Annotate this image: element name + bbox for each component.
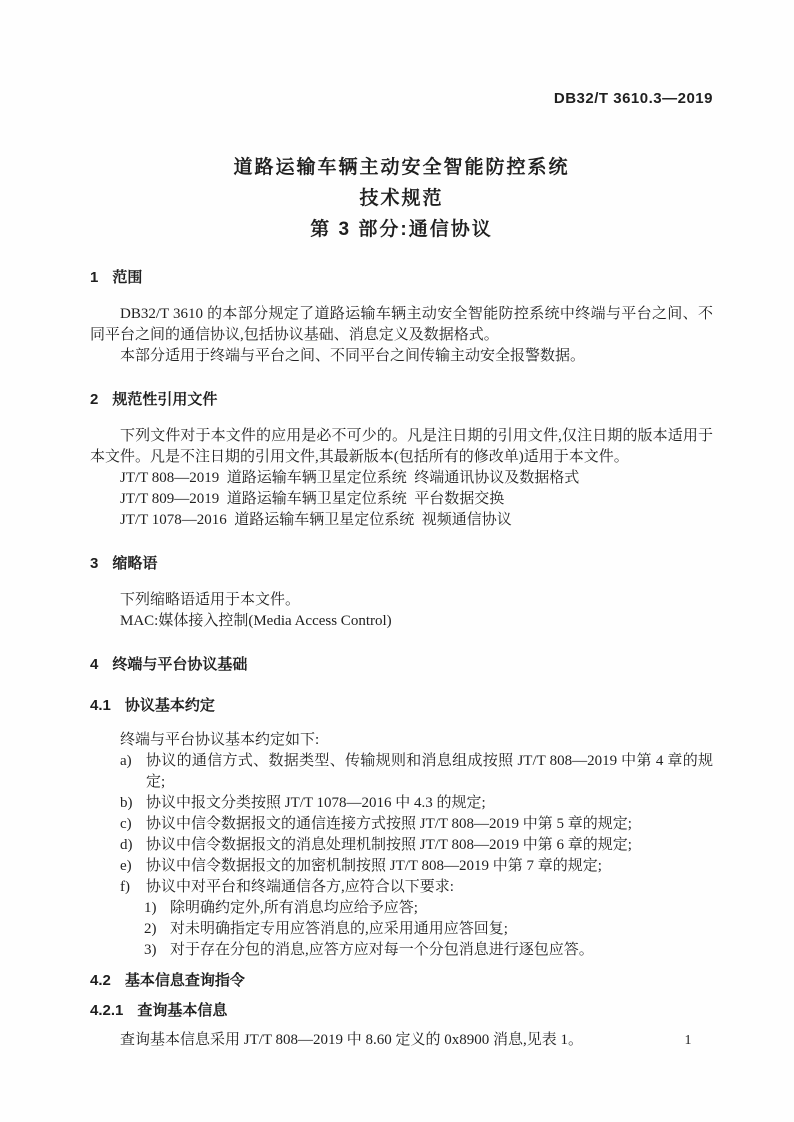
section-4-2-1-title: 查询基本信息 [137,1002,227,1019]
reference-jtt-1078: JT/T 1078—2016 道路运输车辆卫星定位系统 视频通信协议 [90,510,713,531]
list-item-c-text: 协议中信令数据报文的通信连接方式按照 JT/T 808—2019 中第 5 章的… [146,814,713,835]
reference-jtt-809: JT/T 809—2019 道路运输车辆卫星定位系统 平台数据交换 [90,489,713,510]
section-4-2-1-paragraph-1: 查询基本信息采用 JT/T 808—2019 中 8.60 定义的 0x8900… [90,1030,713,1051]
section-4-2-number: 4.2 [90,972,111,989]
list-item-b: b) 协议中报文分类按照 JT/T 1078—2016 中 4.3 的规定; [90,793,713,814]
section-3-title: 缩略语 [112,555,157,572]
sublist-item-1-text: 除明确约定外,所有消息均应给予应答; [170,898,713,919]
abbreviation-mac: MAC:媒体接入控制(Media Access Control) [90,611,713,632]
section-1-title: 范围 [112,269,142,286]
section-4-2-heading: 4.2基本信息查询指令 [90,970,713,991]
section-4-heading: 4终端与平台协议基础 [90,654,713,675]
doc-title-line2: 技术规范 [90,183,713,214]
list-item-e-text: 协议中信令数据报文的加密机制按照 JT/T 808—2019 中第 7 章的规定… [146,856,713,877]
doc-title-line1: 道路运输车辆主动安全智能防控系统 [90,152,713,183]
sublist-item-2-label: 2) [144,919,170,940]
sublist-item-2: 2) 对未明确指定专用应答消息的,应采用通用应答回复; [90,919,713,940]
sublist-item-1: 1) 除明确约定外,所有消息均应给予应答; [90,898,713,919]
section-4-2-1-number: 4.2.1 [90,1002,123,1019]
section-3-heading: 3缩略语 [90,553,713,574]
doc-title-line3: 第 3 部分:通信协议 [90,214,713,245]
section-1-paragraph-2: 本部分适用于终端与平台之间、不同平台之间传输主动安全报警数据。 [90,346,713,367]
list-item-d: d) 协议中信令数据报文的消息处理机制按照 JT/T 808—2019 中第 6… [90,835,713,856]
sublist-item-3: 3) 对于存在分包的消息,应答方应对每一个分包消息进行逐包应答。 [90,940,713,961]
section-4-number: 4 [90,656,98,673]
doc-number: DB32/T 3610.3—2019 [90,90,713,108]
section-4-1-number: 4.1 [90,697,111,714]
list-item-a-text: 协议的通信方式、数据类型、传输规则和消息组成按照 JT/T 808—2019 中… [146,751,713,793]
sublist-item-1-label: 1) [144,898,170,919]
list-item-e: e) 协议中信令数据报文的加密机制按照 JT/T 808—2019 中第 7 章… [90,856,713,877]
list-item-e-label: e) [120,856,146,877]
section-1-number: 1 [90,269,98,286]
list-item-b-label: b) [120,793,146,814]
section-1-heading: 1范围 [90,267,713,288]
list-item-c-label: c) [120,814,146,835]
section-4-1-intro: 终端与平台协议基本约定如下: [90,730,713,751]
section-2-paragraph-1: 下列文件对于本文件的应用是必不可少的。凡是注日期的引用文件,仅注日期的版本适用于… [90,426,713,468]
list-item-f: f) 协议中对平台和终端通信各方,应符合以下要求: [90,877,713,898]
section-2-title: 规范性引用文件 [112,391,217,408]
list-item-f-text: 协议中对平台和终端通信各方,应符合以下要求: [146,877,713,898]
section-4-2-1-heading: 4.2.1查询基本信息 [90,1000,713,1021]
section-3-number: 3 [90,555,98,572]
list-item-b-text: 协议中报文分类按照 JT/T 1078—2016 中 4.3 的规定; [146,793,713,814]
section-2-number: 2 [90,391,98,408]
list-item-d-text: 协议中信令数据报文的消息处理机制按照 JT/T 808—2019 中第 6 章的… [146,835,713,856]
document-page: DB32/T 3610.3—2019 道路运输车辆主动安全智能防控系统 技术规范… [0,0,794,1122]
sublist-item-3-text: 对于存在分包的消息,应答方应对每一个分包消息进行逐包应答。 [170,940,713,961]
list-item-f-label: f) [120,877,146,898]
doc-title: 道路运输车辆主动安全智能防控系统 技术规范 第 3 部分:通信协议 [90,152,713,245]
section-4-1-title: 协议基本约定 [125,697,215,714]
section-4-title: 终端与平台协议基础 [112,656,247,673]
section-4-1-heading: 4.1协议基本约定 [90,695,713,716]
page-number: 1 [678,1030,698,1051]
list-item-a-label: a) [120,751,146,793]
list-item-d-label: d) [120,835,146,856]
reference-jtt-808: JT/T 808—2019 道路运输车辆卫星定位系统 终端通讯协议及数据格式 [90,468,713,489]
sublist-item-3-label: 3) [144,940,170,961]
section-1-paragraph-1: DB32/T 3610 的本部分规定了道路运输车辆主动安全智能防控系统中终端与平… [90,304,713,346]
sublist-item-2-text: 对未明确指定专用应答消息的,应采用通用应答回复; [170,919,713,940]
section-4-2-title: 基本信息查询指令 [125,972,245,989]
section-3-paragraph-1: 下列缩略语适用于本文件。 [90,590,713,611]
list-item-c: c) 协议中信令数据报文的通信连接方式按照 JT/T 808—2019 中第 5… [90,814,713,835]
section-2-heading: 2规范性引用文件 [90,389,713,410]
list-item-a: a) 协议的通信方式、数据类型、传输规则和消息组成按照 JT/T 808—201… [90,751,713,793]
